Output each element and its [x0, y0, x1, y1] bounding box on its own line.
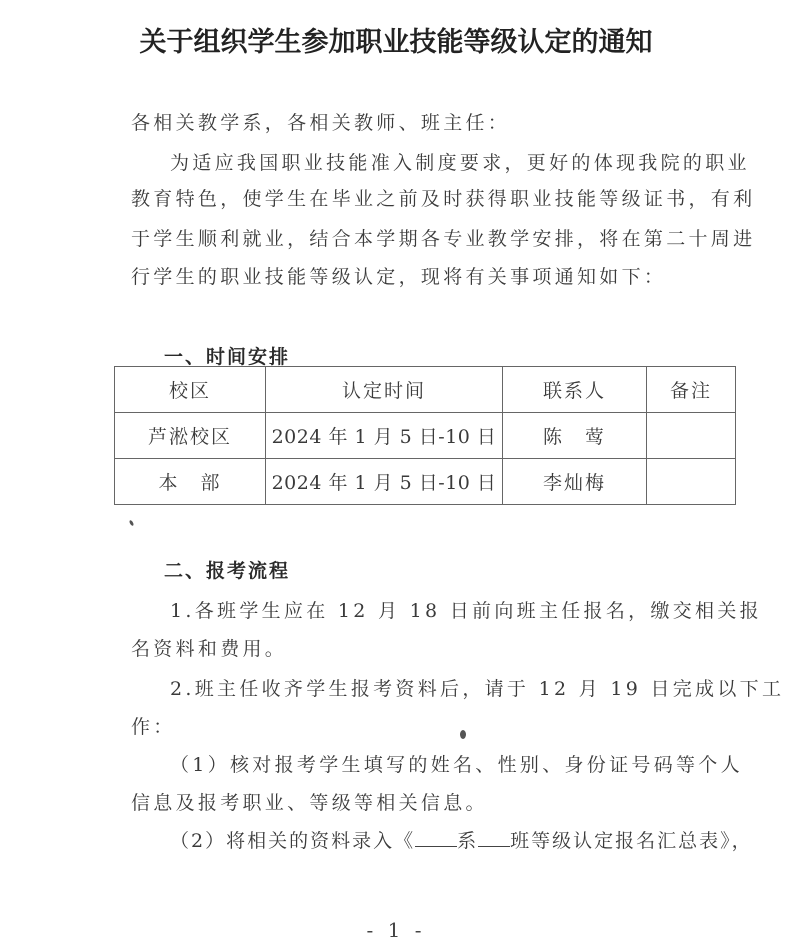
- sub2-suffix: 班等级认定报名汇总表》，: [510, 830, 753, 852]
- section2-heading: 二、报考流程: [164, 556, 290, 583]
- class-blank: [478, 828, 510, 847]
- table-header-row: 校区 认定时间 联系人 备注: [115, 367, 736, 413]
- sub1-line-2: 信息及报考职业、等级等相关信息。: [131, 788, 488, 815]
- item1-line-1: 1.各班学生应在 12 月 18 日前向班主任报名，缴交相关报: [170, 596, 762, 623]
- header-date: 认定时间: [266, 367, 503, 413]
- section1-heading: 一、时间安排: [164, 342, 290, 369]
- item2-line-1: 2.班主任收齐学生报考资料后，请于 12 月 19 日完成以下工: [170, 674, 784, 701]
- header-contact: 联系人: [503, 367, 647, 413]
- sub2-line: （2）将相关的资料录入《系班等级认定报名汇总表》，: [170, 826, 753, 853]
- header-campus: 校区: [115, 367, 266, 413]
- intro-line-1: 为适应我国职业技能准入制度要求，更好的体现我院的职业: [170, 148, 750, 175]
- schedule-table: 校区 认定时间 联系人 备注 芦淞校区 2024 年 1 月 5 日-10 日 …: [114, 366, 736, 505]
- table-row: 芦淞校区 2024 年 1 月 5 日-10 日 陈 莺: [115, 413, 736, 459]
- cell-contact: 陈 莺: [503, 413, 647, 459]
- cell-remarks: [647, 459, 736, 505]
- scan-speck: [129, 520, 135, 527]
- cell-remarks: [647, 413, 736, 459]
- intro-line-3: 于学生顺利就业，结合本学期各专业教学安排，将在第二十周进: [131, 224, 755, 251]
- cell-date: 2024 年 1 月 5 日-10 日: [266, 413, 503, 459]
- sub1-line-1: （1）核对报考学生填写的姓名、性别、身份证号码等个人: [170, 750, 743, 777]
- header-remarks: 备注: [647, 367, 736, 413]
- sub2-mid: 系: [457, 830, 478, 852]
- document-title: 关于组织学生参加职业技能等级认定的通知: [0, 20, 792, 59]
- cell-contact: 李灿梅: [503, 459, 647, 505]
- cell-campus: 本 部: [115, 459, 266, 505]
- page-number: - 1 -: [0, 918, 792, 942]
- sub2-prefix: （2）将相关的资料录入《: [170, 830, 415, 852]
- scan-speck: [460, 730, 466, 739]
- item2-line-2: 作：: [131, 712, 176, 739]
- intro-line-4: 行学生的职业技能等级认定，现将有关事项通知如下：: [131, 262, 666, 289]
- table-row: 本 部 2024 年 1 月 5 日-10 日 李灿梅: [115, 459, 736, 505]
- salutation: 各相关教学系，各相关教师、班主任：: [131, 108, 510, 135]
- cell-campus: 芦淞校区: [115, 413, 266, 459]
- department-blank: [415, 828, 457, 847]
- cell-date: 2024 年 1 月 5 日-10 日: [266, 459, 503, 505]
- intro-line-2: 教育特色，使学生在毕业之前及时获得职业技能等级证书，有利: [131, 184, 755, 211]
- item1-line-2: 名资料和费用。: [131, 634, 287, 661]
